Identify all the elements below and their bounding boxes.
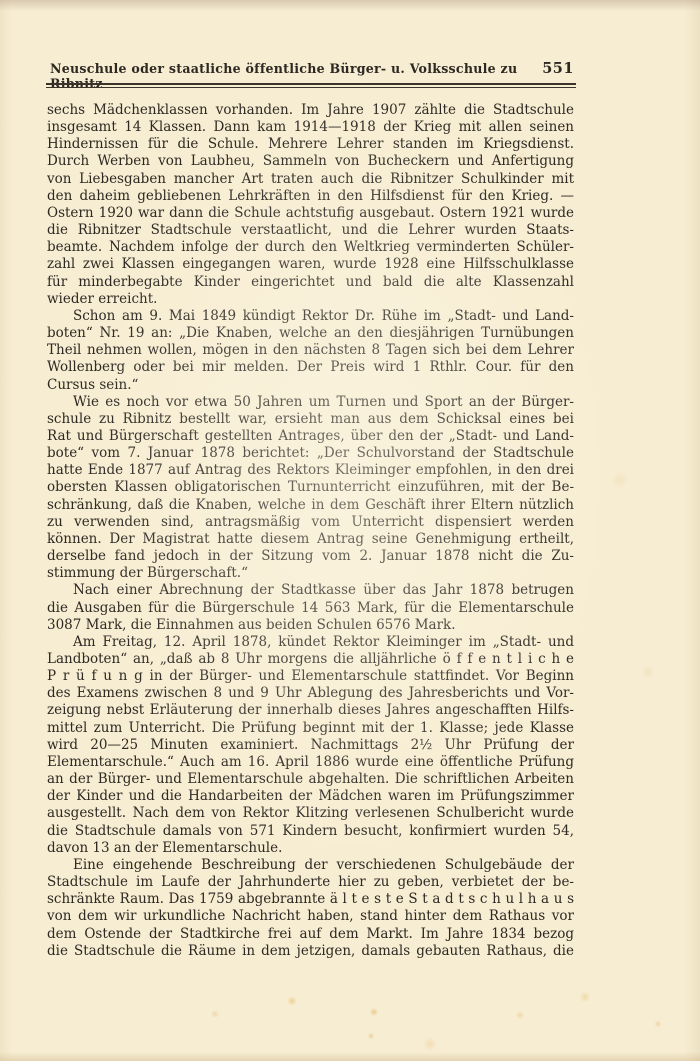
- text-line: Schon am 9. Mai 1849 kündigt Rektor Dr. …: [47, 308, 574, 325]
- text-line: schränkung, daß die Knaben, welche in de…: [47, 497, 574, 514]
- text-line: boten“ Nr. 19 an: „Die Knaben, welche an…: [47, 325, 574, 342]
- text-line: obersten Klassen obligatorischen Turnunt…: [47, 479, 574, 496]
- text-line: schule zu Ribnitz bestellt war, ersieht …: [47, 411, 574, 428]
- text-line: davon 13 an der Elementarschule.: [47, 840, 574, 857]
- text-line: an der Bürger- und Elementarschule abgeh…: [47, 771, 574, 788]
- text-line: für minderbegabte Kinder eingerichtet un…: [47, 274, 574, 291]
- text-line: sechs Mädchenklassen vorhanden. Im Jahre…: [47, 102, 574, 119]
- text-line: Cursus sein.“: [47, 377, 574, 394]
- text-line: wird 20—25 Minuten examiniert. Nachmitta…: [47, 737, 574, 754]
- text-line: Eine eingehende Beschreibung der verschi…: [47, 857, 574, 874]
- book-page: Neuschule oder staatliche öffentliche Bü…: [0, 0, 700, 1061]
- text-line: Ostern 1920 war dann die Schule achtstuf…: [47, 205, 574, 222]
- text-line: Nach einer Abrechnung der Stadtkasse übe…: [47, 582, 574, 599]
- text-line: die Stadtschule damals von 571 Kindern b…: [47, 823, 574, 840]
- text-line: zu verwenden sind, antragsmäßig vom Unte…: [47, 514, 574, 531]
- text-line: des Examens zwischen 8 und 9 Uhr Ablegun…: [47, 685, 574, 702]
- page-number: 551: [542, 60, 574, 77]
- text-line: 3087 Mark, die Einnahmen aus beiden Schu…: [47, 617, 574, 634]
- text-line: können. Der Magistrat hatte diesem Antra…: [47, 531, 574, 548]
- text-line: hatte Ende 1877 auf Antrag des Rektors K…: [47, 462, 574, 479]
- text-line: von dem wir urkundliche Nachricht haben,…: [47, 908, 574, 925]
- text-line: Elementarschule.“ Auch am 16. April 1886…: [47, 754, 574, 771]
- text-line: insgesamt 14 Klassen. Dann kam 1914—1918…: [47, 119, 574, 136]
- text-line: den daheim gebliebenen Lehrkräften in de…: [47, 188, 574, 205]
- text-line: mittel zum Unterricht. Die Prüfung begin…: [47, 720, 574, 737]
- text-line: zeigung nebst Erläuterung der innerhalb …: [47, 702, 574, 719]
- text-line: beamte. Nachdem infolge der durch den We…: [47, 239, 574, 256]
- text-line: Stadtschule im Laufe der Jahrhunderte hi…: [47, 874, 574, 891]
- text-line: der Kinder und die Handarbeiten der Mädc…: [47, 788, 574, 805]
- text-line: die Ausgaben für die Bürgerschule 14 563…: [47, 600, 574, 617]
- text-line: von Liebesgaben mancher Art traten auch …: [47, 171, 574, 188]
- text-line: Wie es noch vor etwa 50 Jahren um Turnen…: [47, 394, 574, 411]
- text-line: Wollenberg oder bei mir melden. Der Prei…: [47, 359, 574, 376]
- text-column: sechs Mädchenklassen vorhanden. Im Jahre…: [47, 102, 574, 960]
- text-line: die Ribnitzer Stadtschule verstaatlicht,…: [47, 222, 574, 239]
- text-line: derselbe fand jedoch in der Sitzung vom …: [47, 548, 574, 565]
- text-line: Theil nehmen wollen, mögen in den nächst…: [47, 342, 574, 359]
- text-line: bote“ vom 7. Januar 1878 berichtet: „Der…: [47, 445, 574, 462]
- text-line: Durch Werben von Laubheu, Sammeln von Bu…: [47, 153, 574, 170]
- text-line: die Stadtschule die Räume in dem jetzige…: [47, 943, 574, 960]
- text-line: ausgestellt. Nach dem von Rektor Klitzin…: [47, 805, 574, 822]
- text-line: Rat und Bürgerschaft gestellten Antrages…: [47, 428, 574, 445]
- text-line: zahl zwei Klassen eingegangen waren, wur…: [47, 256, 574, 273]
- text-line: Hindernissen für die Schule. Mehrere Leh…: [47, 136, 574, 153]
- text-line: Landboten“ an, „daß ab 8 Uhr morgens die…: [47, 651, 574, 668]
- text-line: dem Ostende der Stadtkirche frei auf dem…: [47, 926, 574, 943]
- text-line: stimmung der Bürgerschaft.“: [47, 565, 574, 582]
- text-line: schränkte Raum. Das 1759 abgebrannte ä l…: [47, 891, 574, 908]
- text-line: P r ü f u n g in der Bürger- und Element…: [47, 668, 574, 685]
- header-rule: [46, 83, 576, 88]
- text-line: Am Freitag, 12. April 1878, kündet Rekto…: [47, 634, 574, 651]
- text-line: wieder erreicht.: [47, 291, 574, 308]
